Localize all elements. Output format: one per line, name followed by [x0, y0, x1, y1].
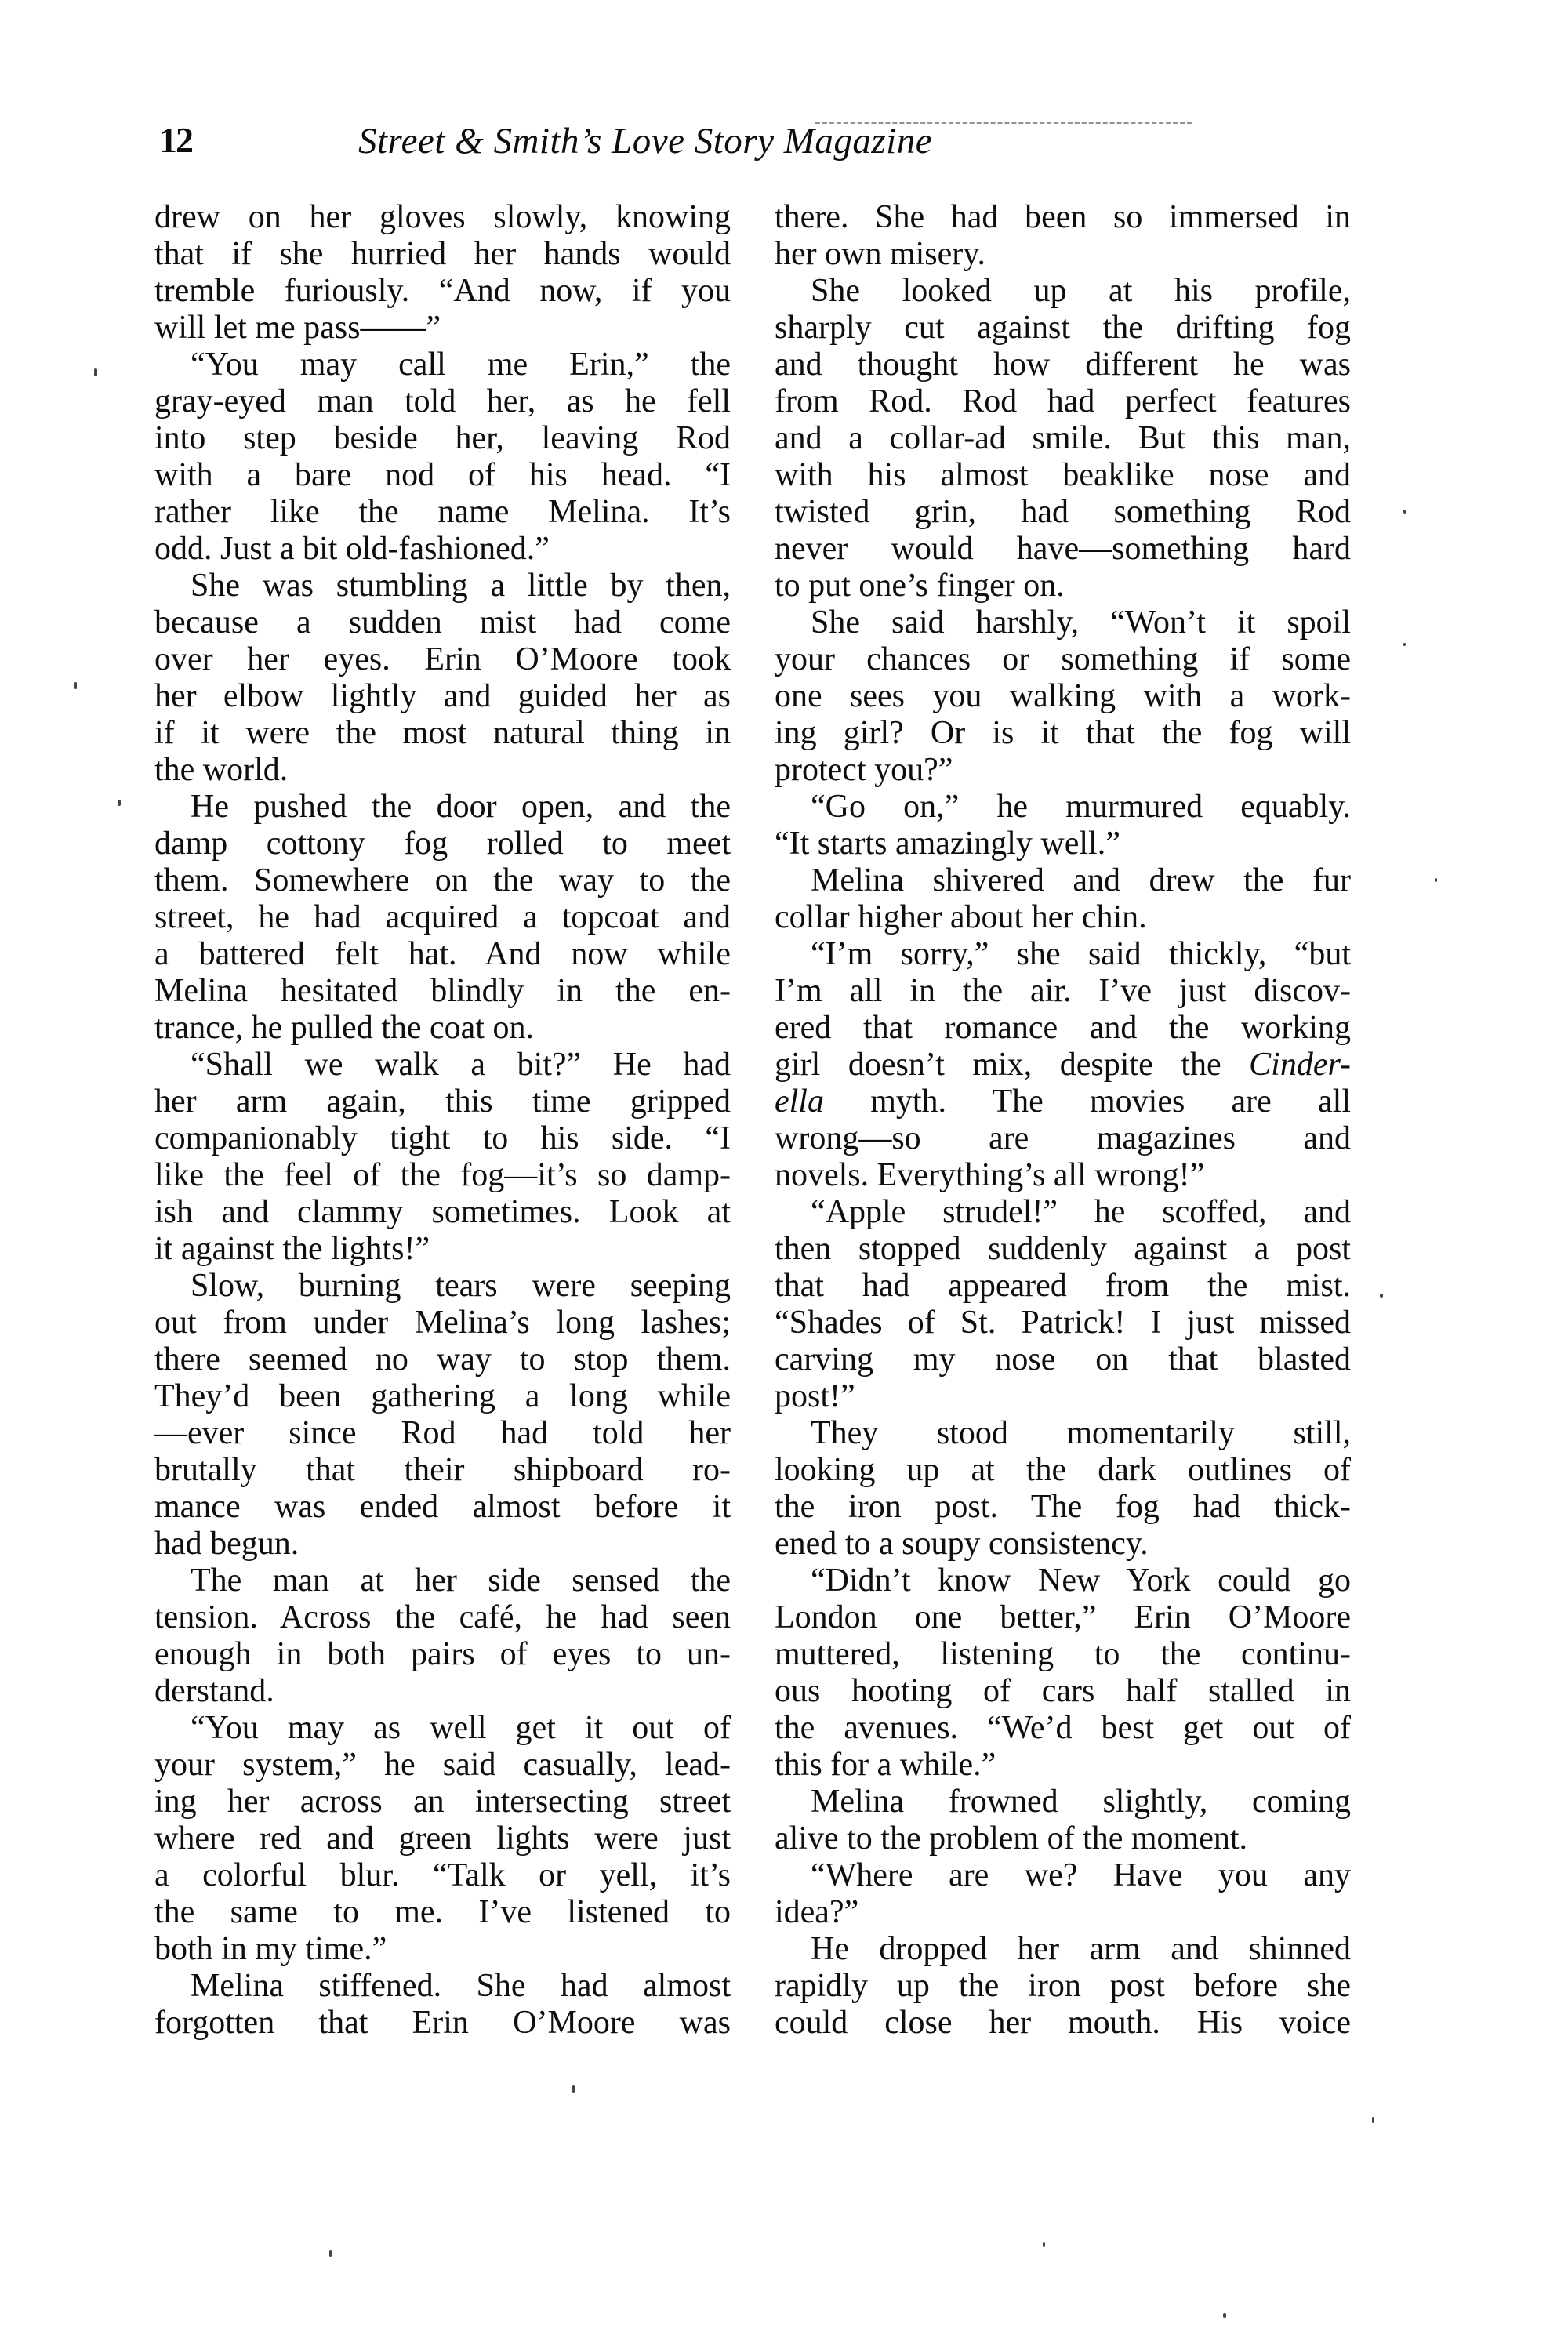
text-line: over her eyes. Erin O’Moore took [154, 641, 731, 678]
text-line: could close her mouth. His voice [775, 2005, 1351, 2042]
text-line: one sees you walking with a work- [775, 678, 1351, 715]
text-line: London one better,” Erin O’Moore [775, 1599, 1351, 1636]
text-line: both in my time.” [154, 1931, 731, 1968]
text-line: never would have—something hard [775, 531, 1351, 568]
magazine-page: 12 Street & Smith’s Love Story Magazine … [0, 0, 1568, 2352]
text-line: your chances or something if some [775, 641, 1351, 678]
scan-speck [1403, 643, 1406, 646]
text-line: Melina frowned slightly, coming [775, 1784, 1351, 1820]
text-line: “You may call me Erin,” the [154, 347, 731, 383]
text-line: that had appeared from the mist. [775, 1268, 1351, 1305]
scan-speck [1223, 2313, 1226, 2318]
text-line: Slow, burning tears were seeping [154, 1268, 731, 1305]
text-line: will let me pass——” [154, 310, 731, 347]
text-line: her own misery. [775, 236, 1351, 273]
text-line: rather like the name Melina. It’s [154, 494, 731, 531]
text-line: where red and green lights were just [154, 1820, 731, 1857]
text-line: Melina shivered and drew the fur [775, 862, 1351, 899]
text-line: the world. [154, 752, 731, 789]
text-line: companionably tight to his side. “I [154, 1120, 731, 1157]
text-line: “You may as well get it out of [154, 1710, 731, 1747]
text-line: “Go on,” he murmured equably. [775, 789, 1351, 826]
text-line: gray-eyed man told her, as he fell [154, 383, 731, 420]
text-line: ous hooting of cars half stalled in [775, 1673, 1351, 1710]
scan-speck [94, 368, 97, 376]
text-line: idea?” [775, 1894, 1351, 1931]
text-line: and thought how different he was [775, 347, 1351, 383]
text-line: carving my nose on that blasted [775, 1341, 1351, 1378]
text-line: rapidly up the iron post before she [775, 1968, 1351, 2005]
text-line: They stood momentarily still, [775, 1415, 1351, 1452]
text-line: into step beside her, leaving Rod [154, 420, 731, 457]
text-line: there. She had been so immersed in [775, 199, 1351, 236]
text-line: girl doesn’t mix, despite the Cinder- [775, 1047, 1351, 1083]
text-line: “Shall we walk a bit?” He had [154, 1047, 731, 1083]
scan-speck [74, 682, 77, 689]
text-line: with his almost beaklike nose and [775, 457, 1351, 494]
text-line: the same to me. I’ve listened to [154, 1894, 731, 1931]
scan-speck [1043, 2242, 1045, 2247]
text-line: “Shades of St. Patrick! I just missed [775, 1305, 1351, 1341]
text-line: had begun. [154, 1526, 731, 1563]
text-line: this for a while.” [775, 1747, 1351, 1784]
text-line: trance, he pulled the coat on. [154, 1010, 731, 1047]
text-line: Melina hesitated blindly in the en- [154, 973, 731, 1010]
text-line: She said harshly, “Won’t it spoil [775, 604, 1351, 641]
text-line: her arm again, this time gripped [154, 1083, 731, 1120]
scan-speck [1403, 510, 1406, 514]
text-line: She was stumbling a little by then, [154, 568, 731, 604]
text-line: wrong—so are magazines and [775, 1120, 1351, 1157]
text-line: “I’m sorry,” she said thickly, “but [775, 936, 1351, 973]
text-line: odd. Just a bit old-fashioned.” [154, 531, 731, 568]
text-line: and a collar-ad smile. But this man, [775, 420, 1351, 457]
text-line: ella myth. The movies are all [775, 1083, 1351, 1120]
scan-speck [1435, 878, 1437, 882]
text-line: I’m all in the air. I’ve just discov- [775, 973, 1351, 1010]
scan-speck [118, 800, 121, 806]
text-line: They’d been gathering a long while [154, 1378, 731, 1415]
text-line: ened to a soupy consistency. [775, 1526, 1351, 1563]
text-line: “Where are we? Have you any [775, 1857, 1351, 1894]
text-line: tension. Across the café, he had seen [154, 1599, 731, 1636]
text-line: twisted grin, had something Rod [775, 494, 1351, 531]
text-line: Melina stiffened. She had almost [154, 1968, 731, 2005]
text-line: “It starts amazingly well.” [775, 826, 1351, 862]
text-line: out from under Melina’s long lashes; [154, 1305, 731, 1341]
text-column-left: drew on her gloves slowly, knowingthat i… [154, 199, 731, 2042]
text-line: ered that romance and the working [775, 1010, 1351, 1047]
text-line: mance was ended almost before it [154, 1489, 731, 1526]
text-line: ing her across an intersecting street [154, 1784, 731, 1820]
text-line: there seemed no way to stop them. [154, 1341, 731, 1378]
text-line: damp cottony fog rolled to meet [154, 826, 731, 862]
text-line: The man at her side sensed the [154, 1563, 731, 1599]
scan-speck [329, 2250, 332, 2257]
text-line: to put one’s finger on. [775, 568, 1351, 604]
text-line: her elbow lightly and guided her as [154, 678, 731, 715]
text-line: a colorful blur. “Talk or yell, it’s [154, 1857, 731, 1894]
scan-speck [1372, 2117, 1374, 2123]
text-line: “Apple strudel!” he scoffed, and [775, 1194, 1351, 1231]
text-line: the iron post. The fog had thick- [775, 1489, 1351, 1526]
text-line: sharply cut against the drifting fog [775, 310, 1351, 347]
text-line: —ever since Rod had told her [154, 1415, 731, 1452]
running-title: Street & Smith’s Love Story Magazine [358, 121, 1076, 162]
text-line: looking up at the dark outlines of [775, 1452, 1351, 1489]
text-line: because a sudden mist had come [154, 604, 731, 641]
text-line: She looked up at his profile, [775, 273, 1351, 310]
scan-speck [1380, 1294, 1383, 1298]
text-line: them. Somewhere on the way to the [154, 862, 731, 899]
text-line: from Rod. Rod had perfect features [775, 383, 1351, 420]
text-line: with a bare nod of his head. “I [154, 457, 731, 494]
text-line: ish and clammy sometimes. Look at [154, 1194, 731, 1231]
text-line: street, he had acquired a topcoat and [154, 899, 731, 936]
text-column-right: there. She had been so immersed inher ow… [775, 199, 1351, 2042]
text-line: brutally that their shipboard ro- [154, 1452, 731, 1489]
text-line: that if she hurried her hands would [154, 236, 731, 273]
text-line: “Didn’t know New York could go [775, 1563, 1351, 1599]
text-line: if it were the most natural thing in [154, 715, 731, 752]
text-line: novels. Everything’s all wrong!” [775, 1157, 1351, 1194]
text-line: post!” [775, 1378, 1351, 1415]
text-line: a battered felt hat. And now while [154, 936, 731, 973]
text-line: alive to the problem of the moment. [775, 1820, 1351, 1857]
text-line: He pushed the door open, and the [154, 789, 731, 826]
text-line: forgotten that Erin O’Moore was [154, 2005, 731, 2042]
page-number: 12 [159, 122, 192, 158]
text-line: derstand. [154, 1673, 731, 1710]
text-line: like the feel of the fog—it’s so damp- [154, 1157, 731, 1194]
text-line: then stopped suddenly against a post [775, 1231, 1351, 1268]
text-line: muttered, listening to the continu- [775, 1636, 1351, 1673]
text-line: tremble furiously. “And now, if you [154, 273, 731, 310]
text-line: your system,” he said casually, lead- [154, 1747, 731, 1784]
text-line: the avenues. “We’d best get out of [775, 1710, 1351, 1747]
text-line: ing girl? Or is it that the fog will [775, 715, 1351, 752]
scan-speck [572, 2085, 575, 2093]
text-line: enough in both pairs of eyes to un- [154, 1636, 731, 1673]
text-line: He dropped her arm and shinned [775, 1931, 1351, 1968]
text-line: it against the lights!” [154, 1231, 731, 1268]
text-line: protect you?” [775, 752, 1351, 789]
text-line: drew on her gloves slowly, knowing [154, 199, 731, 236]
text-line: collar higher about her chin. [775, 899, 1351, 936]
